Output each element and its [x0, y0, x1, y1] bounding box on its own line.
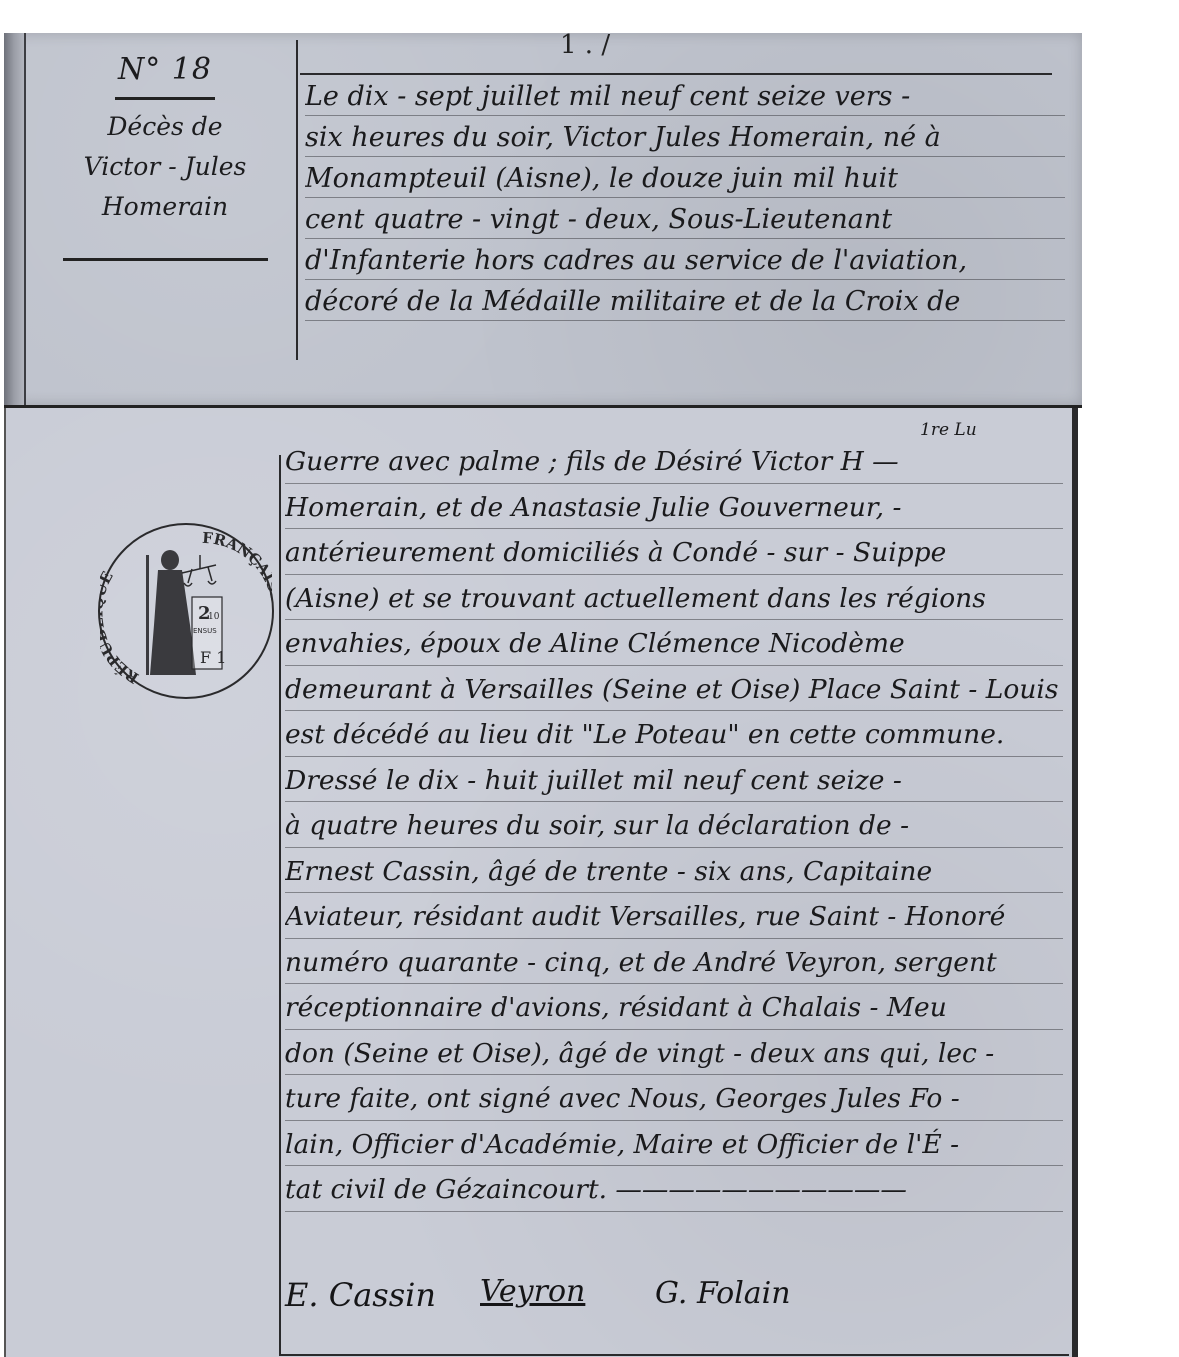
text-line: Homerain, et de Anastasie Julie Gouverne… [285, 484, 1063, 530]
signature-folain: G. Folain [655, 1276, 791, 1311]
text-line: Monampteuil (Aisne), le douze juin mil h… [305, 157, 1065, 198]
margin-title-line-3: Homerain [50, 190, 280, 224]
margin-divider-bottom [279, 455, 281, 1355]
stamp-left-text: RÉPUBLIQUE [100, 568, 142, 687]
text-line: à quatre heures du soir, sur la déclarat… [285, 802, 1063, 848]
entry-number: N° 18 [50, 52, 280, 87]
text-line: Aviateur, résidant audit Versailles, rue… [285, 893, 1063, 939]
header-mark: 1 . / [560, 30, 610, 60]
text-line: Ernest Cassin, âgé de trente - six ans, … [285, 848, 1063, 894]
signature-row: E. Cassin Veyron G. Folain [285, 1268, 1045, 1338]
svg-text:RÉPUBLIQUE: RÉPUBLIQUE [100, 568, 142, 687]
text-line: décoré de la Médaille militaire et de la… [305, 280, 1065, 321]
margin-divider-top [296, 40, 298, 360]
signature-veyron: Veyron [480, 1274, 585, 1309]
bottom-page-text: Guerre avec palme ; fils de Désiré Victo… [285, 438, 1063, 1212]
text-line: cent quatre - vingt - deux, Sous-Lieuten… [305, 198, 1065, 239]
text-line: d'Infanterie hors cadres au service de l… [305, 239, 1065, 280]
stamp-right-text: FRANÇAISE [202, 529, 272, 605]
page-binding-edge [4, 33, 26, 405]
text-line: don (Seine et Oise), âgé de vingt - deux… [285, 1030, 1063, 1076]
text-line: réceptionnaire d'avions, résidant à Chal… [285, 984, 1063, 1030]
text-line: ture faite, ont signé avec Nous, Georges… [285, 1075, 1063, 1121]
text-line: (Aisne) et se trouvant actuellement dans… [285, 575, 1063, 621]
text-line: envahies, époux de Aline Clémence Nicodè… [285, 620, 1063, 666]
text-line: est décédé au lieu dit "Le Poteau" en ce… [285, 711, 1063, 757]
stamp-icon: RÉPUBLIQUE FRANÇAISE 2 10 ENSUS F 1 [100, 525, 272, 697]
signature-cassin: E. Cassin [285, 1276, 436, 1314]
text-line: lain, Officier d'Académie, Maire et Offi… [285, 1121, 1063, 1167]
page-bottom-rule [279, 1354, 1069, 1356]
top-page-text: Le dix - sept juillet mil neuf cent seiz… [305, 75, 1065, 321]
text-line: Guerre avec palme ; fils de Désiré Victo… [285, 438, 1063, 484]
margin-title-line-2: Victor - Jules [50, 150, 280, 184]
margin-bottom-rule [63, 258, 268, 261]
text-line: six heures du soir, Victor Jules Homerai… [305, 116, 1065, 157]
text-line: numéro quarante - cinq, et de André Veyr… [285, 939, 1063, 985]
text-line: antérieurement domiciliés à Condé - sur … [285, 529, 1063, 575]
text-line: tat civil de Gézaincourt. ——————————— [285, 1166, 1063, 1212]
fiscal-stamp-seal: RÉPUBLIQUE FRANÇAISE 2 10 ENSUS F 1 [98, 523, 274, 699]
stamp-fraction: 10 [208, 612, 220, 622]
stamp-lower-mark: F 1 [200, 648, 226, 667]
margin-title-line-1: Décès de [50, 110, 280, 144]
text-line: Le dix - sept juillet mil neuf cent seiz… [305, 75, 1065, 116]
svg-text:FRANÇAISE: FRANÇAISE [202, 529, 272, 605]
margin-entry-summary: N° 18 Décès de Victor - Jules Homerain [50, 30, 280, 271]
stamp-suffix: ENSUS [193, 627, 217, 635]
text-line: Dressé le dix - huit juillet mil neuf ce… [285, 757, 1063, 803]
entry-number-rule [115, 97, 215, 100]
marginal-annotation: 1re Lu [920, 420, 977, 440]
text-line: demeurant à Versailles (Seine et Oise) P… [285, 666, 1063, 712]
